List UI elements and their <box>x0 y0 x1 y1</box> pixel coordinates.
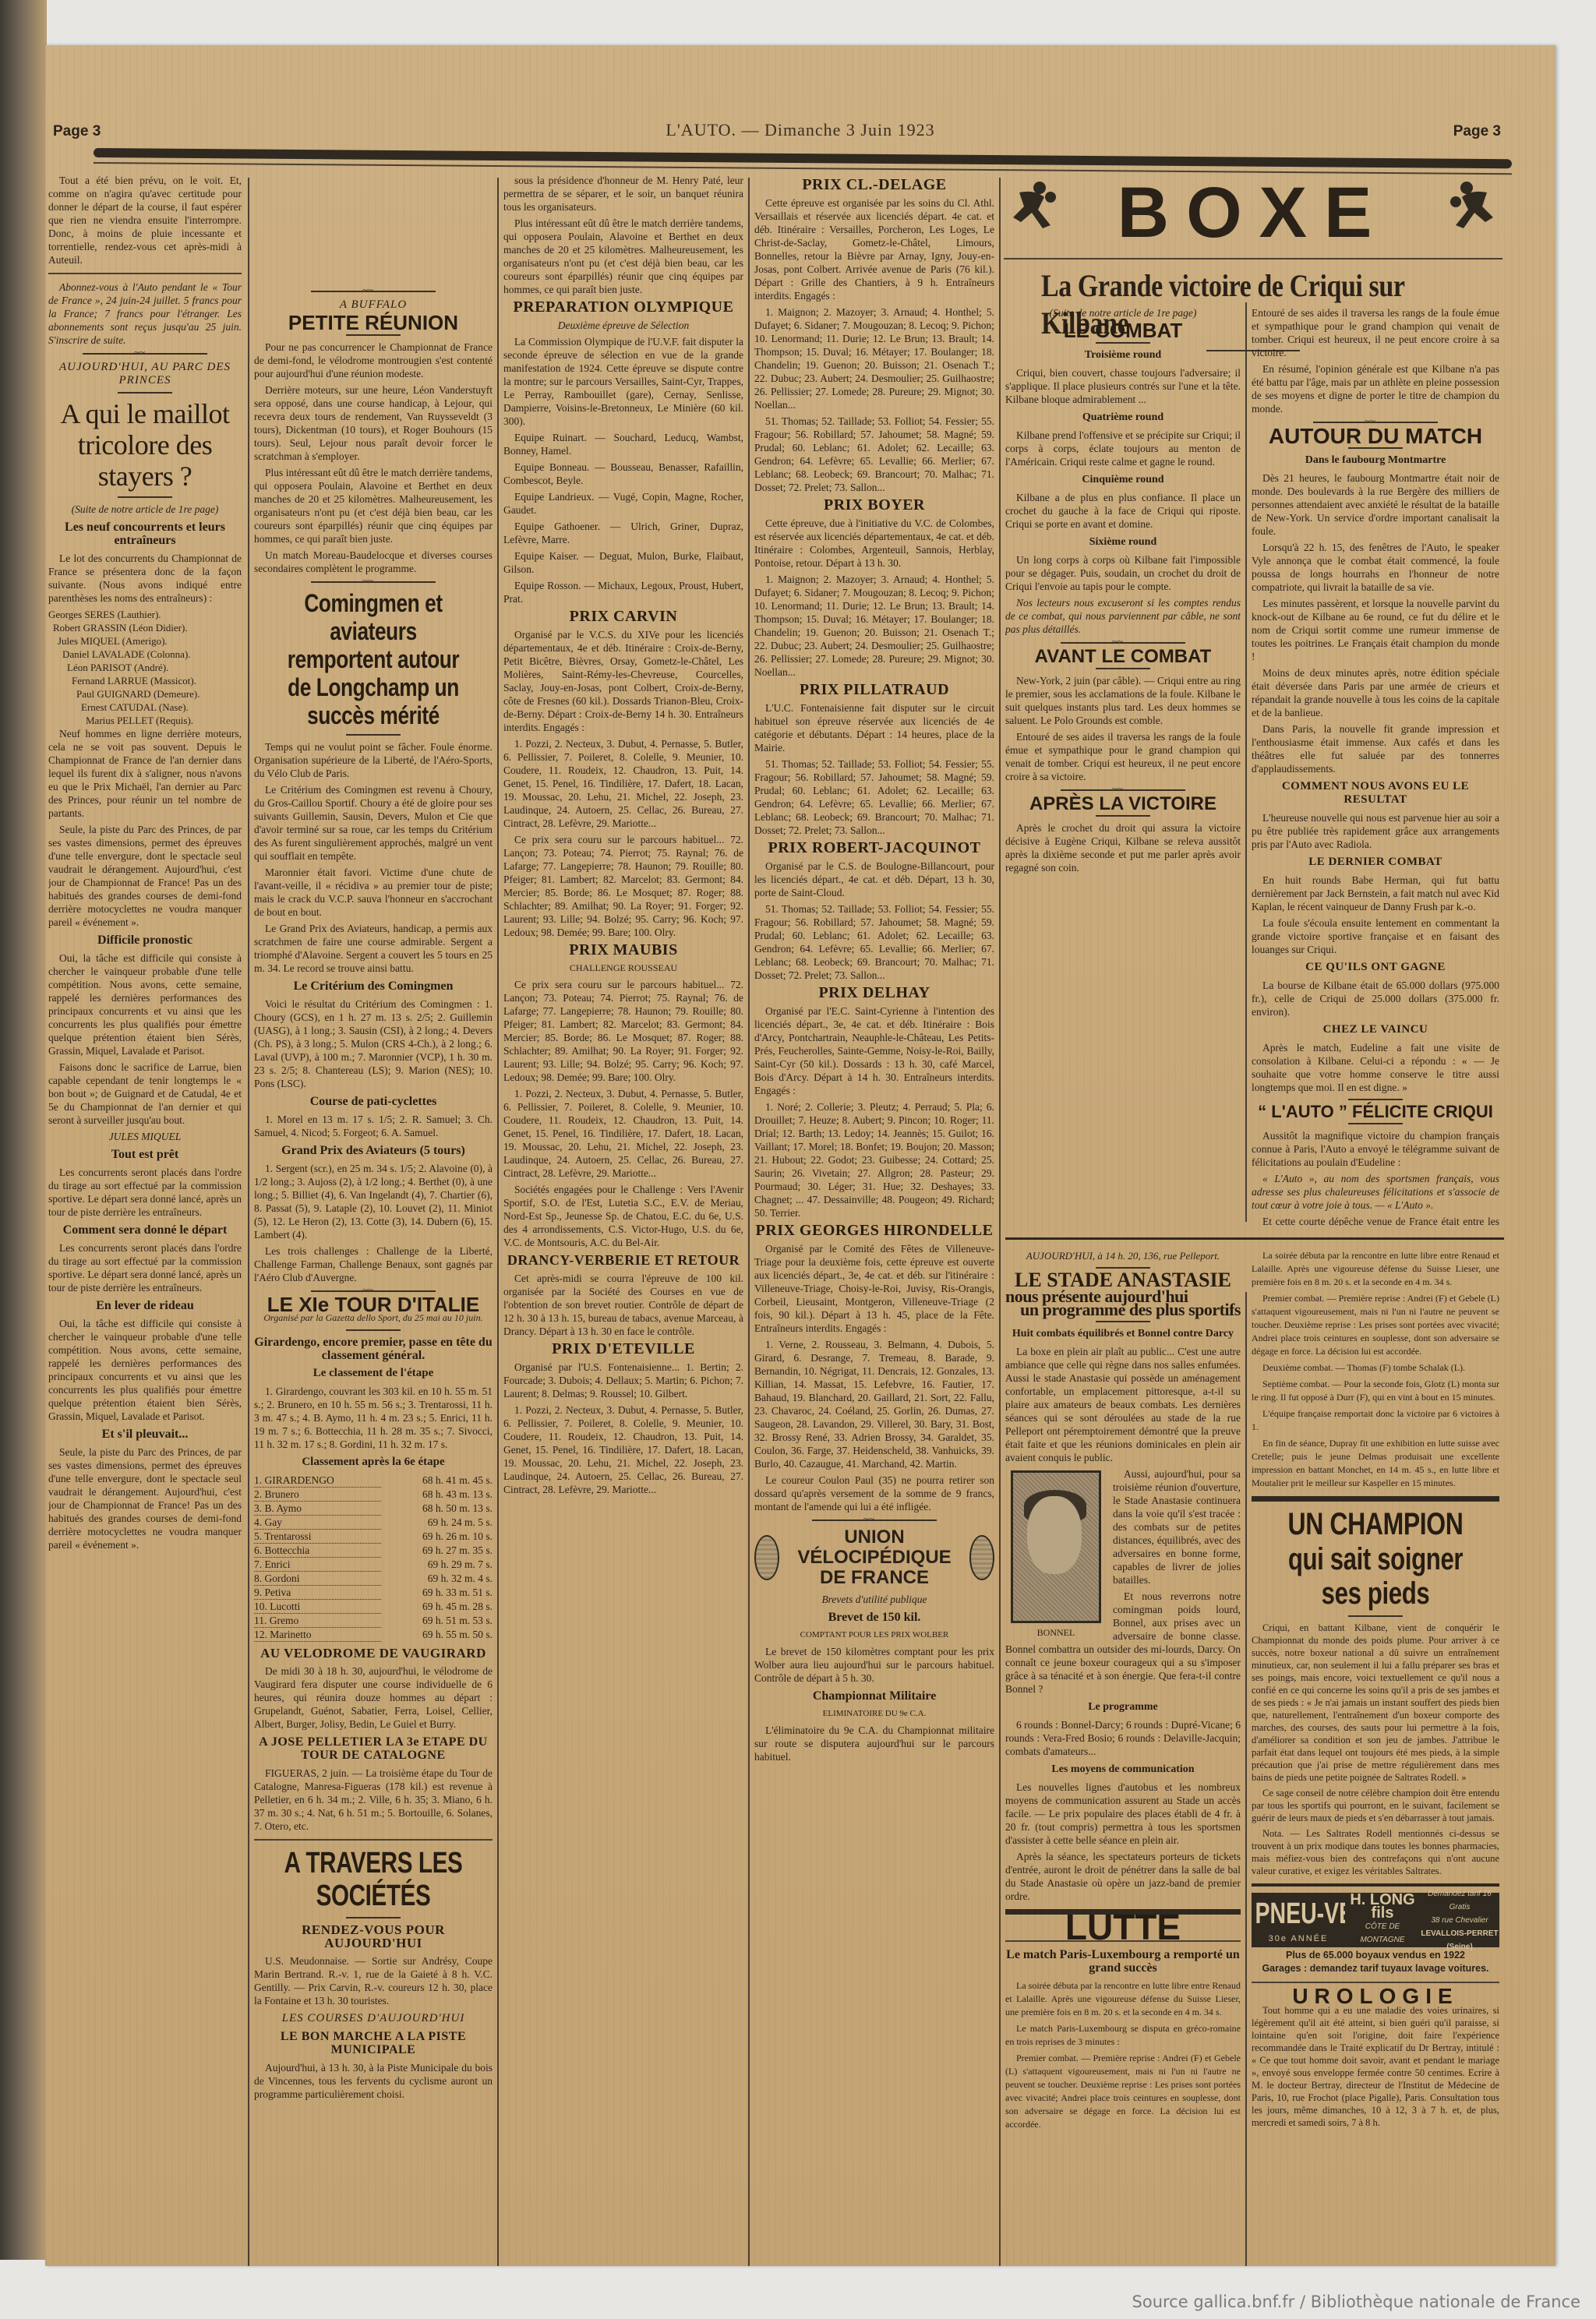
subscribe-notice: Abonnez-vous à l'Auto pendant le « Tour … <box>48 281 242 347</box>
entrants-list: 51. Thomas; 52. Taillade; 53. Folliot; 5… <box>754 902 994 982</box>
subhead: Les neuf concourrents et leurs entraîneu… <box>48 521 242 547</box>
rider-name: 8. Gordoni <box>254 1572 381 1586</box>
ornament-divider <box>311 291 436 292</box>
headline-line-3: un programme des plus sportifs <box>1005 1303 1241 1316</box>
rider-time: 68 h. 41 m. 45 s. <box>381 1474 493 1488</box>
subhead: COMMENT NOUS AVONS EU LE RESULTAT <box>1252 780 1499 807</box>
byline: JULES MIQUEL <box>48 1130 242 1143</box>
running-head: L'AUTO. — Dimanche 3 Juin 1923 <box>45 120 1555 140</box>
rider-name: 1. GIRARDENGO <box>254 1474 381 1488</box>
rider-name: 4. Gay <box>254 1516 381 1530</box>
table-row: 3. B. Aymo68 h. 50 m. 13 s. <box>254 1502 493 1516</box>
ad-headline-urologie: UROLOGIE <box>1252 1989 1499 2003</box>
ornament-divider <box>311 581 436 583</box>
results-text: 1. Girardengo, couvrant les 303 kil. en … <box>254 1385 493 1451</box>
divider <box>1252 1982 1499 1983</box>
subhead: Girardengo, encore premier, passe en têt… <box>254 1336 493 1362</box>
subhead: A JOSE PELLETIER LA 3e ETAPE DU TOUR DE … <box>254 1735 493 1762</box>
ad-brand: PNEU-VELO <box>1252 1895 1322 1932</box>
column-rule <box>748 178 750 2266</box>
table-row: 6. Bottecchia69 h. 27 m. 35 s. <box>254 1544 493 1558</box>
divider <box>1348 1099 1403 1100</box>
article-text: Lorsqu'à 22 h. 15, des fenêtres de l'Aut… <box>1252 541 1499 594</box>
ad-text: Ce sage conseil de notre célèbre champio… <box>1252 1787 1499 1824</box>
table-row: 8. Gordoni69 h. 32 m. 4 s. <box>254 1572 493 1586</box>
headline-auto-felicite-criqui: “ L'AUTO ” FÉLICITE CRIQUI <box>1252 1105 1499 1118</box>
subhead: Deuxième épreuve de Sélection <box>503 319 743 332</box>
rider-name: 9. Petiva <box>254 1586 381 1600</box>
headline-avant-le-combat: AVANT LE COMBAT <box>1005 650 1241 663</box>
entrants-list: 1. Pozzi, 2. Necteux, 3. Dubut, 4. Perna… <box>503 1087 743 1180</box>
column-rule <box>248 178 249 2266</box>
article-text: New-York, 2 juin (par câble). — Criqui e… <box>1005 674 1241 727</box>
subhead: Championnat Militaire <box>754 1689 994 1703</box>
headline-stade-anastasie: LE STADE ANASTASIE <box>1005 1273 1241 1287</box>
ad-year: 30e ANNÉE <box>1252 1932 1345 1946</box>
article-text: Temps qui ne voulut point se fâcher. Fou… <box>254 740 493 780</box>
article-text: La foule s'écoula ensuite lentement en c… <box>1252 916 1499 956</box>
cyclist-emblem-icon <box>754 1535 779 1580</box>
cyclist-emblem-icon <box>969 1535 994 1580</box>
organizer-note: Organisé par la Gazetta dello Sport, du … <box>254 1311 493 1325</box>
headline-preparation-olympique: PREPARATION OLYMPIQUE <box>503 301 743 314</box>
rider-name: 11. Gremo <box>254 1614 381 1628</box>
ad-line: Plus de 65.000 boyaux vendus en 1922 <box>1252 1949 1499 1962</box>
entrants-list: 1. Pozzi, 2. Necteux, 3. Dubut, 4. Perna… <box>503 1403 743 1496</box>
article-text: U.S. Meudonnaise. — Sortie sur Andrésy, … <box>254 1954 493 2007</box>
divider <box>1348 1123 1403 1124</box>
subhead: CHALLENGE ROUSSEAU <box>503 962 743 975</box>
page-binding-edge <box>0 0 47 2260</box>
article-text: L'heureuse nouvelle qui nous est parvenu… <box>1252 811 1499 851</box>
subhead: CHEZ LE VAINCU <box>1252 1023 1499 1036</box>
subhead: LE BON MARCHE A LA PISTE MUNICIPALE <box>254 2030 493 2056</box>
rider-entry: Paul GUIGNARD (Demeure). <box>48 687 242 701</box>
article-text: Organisé par le Comité des Fêtes de Vill… <box>754 1242 994 1335</box>
ornament-divider <box>1313 422 1438 423</box>
column-rule <box>1245 302 1247 1222</box>
entrants-list: 51. Thomas; 52. Taillade; 53. Folliot; 5… <box>754 415 994 494</box>
headline-prix-cl-delage: PRIX CL.-DELAGE <box>754 178 994 192</box>
photo-caption: BONNEL <box>1005 1626 1107 1640</box>
article-kicker: A BUFFALO <box>254 298 493 312</box>
article-text: Après le crochet du droit qui assura la … <box>1005 821 1241 874</box>
article-kicker: AUJOURD'HUI, AU PARC DES PRINCES <box>48 361 242 387</box>
subhead: COMPTANT POUR LES PRIX WOLBER <box>754 1629 994 1642</box>
article-text: Un long corps à corps où Kilbane fait l'… <box>1005 553 1241 593</box>
article-kicker: AUJOURD'HUI, à 14 h. 20, 136, rue Pellep… <box>1005 1249 1241 1262</box>
rider-time: 69 h. 32 m. 4 s. <box>381 1572 493 1586</box>
rider-time: 69 h. 51 m. 53 s. <box>381 1614 493 1628</box>
rider-name: 2. Brunero <box>254 1488 381 1502</box>
divider <box>118 496 172 498</box>
headline-prix-pillatraud: PRIX PILLATRAUD <box>754 683 994 697</box>
article-text: Moins de deux minutes après, notre éditi… <box>1252 666 1499 719</box>
rider-time: 69 h. 29 m. 7 s. <box>381 1558 493 1572</box>
subhead: Le programme <box>1005 1700 1241 1714</box>
article-text: Premier combat. — Première reprise : And… <box>1005 2052 1241 2131</box>
headline-drancy-verberie: DRANCY-VERBERIE ET RETOUR <box>503 1254 743 1267</box>
section-divider <box>1252 1496 1499 1502</box>
rider-time: 68 h. 50 m. 13 s. <box>381 1502 493 1516</box>
newspaper-page: Page 3 L'AUTO. — Dimanche 3 Juin 1923 Pa… <box>45 45 1555 2266</box>
folio-right: Page 3 <box>1453 123 1501 140</box>
column-6-lower: La soirée débuta par la rencontre en lut… <box>1252 1249 1499 2262</box>
headline-petite-reunion: PETITE RÉUNION <box>254 316 493 330</box>
article-text: Kilbane prend l'offensive et se précipit… <box>1005 429 1241 468</box>
telegram-text: « L'Auto », au nom des sportsmen françai… <box>1252 1172 1499 1212</box>
column-rule <box>1245 1292 1247 2266</box>
subhead: Tout est prêt <box>48 1148 242 1161</box>
rider-name: 3. B. Aymo <box>254 1502 381 1516</box>
rider-entry: Marius PELLET (Requis). <box>48 714 242 727</box>
rider-time: 69 h. 27 m. 35 s. <box>381 1544 493 1558</box>
divider <box>48 273 242 274</box>
section-title-boxe: BOXE <box>1004 174 1502 252</box>
rider-time: 69 h. 26 m. 10 s. <box>381 1530 493 1544</box>
table-row: 5. Trentarossi69 h. 26 m. 10 s. <box>254 1530 493 1544</box>
column-6-boxe: Entouré de ses aides il traversa les ran… <box>1252 306 1499 1226</box>
subhead: Les moyens de communication <box>1005 1763 1241 1776</box>
ad-maker: H. LONG fils <box>1345 1894 1420 1920</box>
rider-name: 5. Trentarossi <box>254 1530 381 1544</box>
article-text: En résumé, l'opinion générale est que Ki… <box>1252 362 1499 415</box>
table-row: 12. Marinetto69 h. 55 m. 50 s. <box>254 1628 493 1642</box>
subhead: AU VELODROME DE VAUGIRARD <box>254 1647 493 1660</box>
article-text: Oui, la tâche est difficile qui consiste… <box>48 951 242 1057</box>
riders-list: Georges SERES (Lauthier).Robert GRASSIN … <box>48 608 242 727</box>
team-entry: Equipe Kaiser. — Deguat, Mulon, Burke, F… <box>503 549 743 576</box>
article-text: Cette épreuve est organisée par les soin… <box>754 196 994 302</box>
rider-entry: Léon PARISOT (André). <box>48 661 242 674</box>
article-text: Plus intéressant eût dû être le match de… <box>254 466 493 545</box>
team-entry: Equipe Rosson. — Michaux, Legoux, Proust… <box>503 579 743 605</box>
round-heading: Cinquième round <box>1005 473 1241 486</box>
subhead: Brevet de 150 kil. <box>754 1611 994 1624</box>
boxer-right-icon <box>1443 178 1502 233</box>
article-text: Organisé par le C.S. de Boulogne-Billanc… <box>754 859 994 899</box>
divider <box>1096 342 1150 344</box>
subhead: Dans le faubourg Montmartre <box>1252 454 1499 467</box>
article-text: Les nouvelles lignes d'autobus et les no… <box>1005 1781 1241 1847</box>
article-text: Premier combat. — Première reprise : And… <box>1252 1292 1499 1358</box>
article-text: Pour ne pas concurrencer le Championnat … <box>254 341 493 380</box>
divider <box>1348 1615 1403 1617</box>
subhead: Course de pati-cyclettes <box>254 1095 493 1108</box>
article-text: Le coureur Coulon Paul (35) ne pourra re… <box>754 1474 994 1513</box>
rider-entry: Jules MIQUEL (Amerigo). <box>48 634 242 648</box>
ad-headline-soigner-pieds: qui sait soigner ses pieds <box>1279 1542 1472 1611</box>
subhead: En lever de rideau <box>48 1299 242 1312</box>
pneu-velo-advert: PNEU-VELO 30e ANNÉE H. LONG fils CÔTE DE… <box>1252 1893 1499 1947</box>
headline-prix-robert-jacquinot: PRIX ROBERT-JACQUINOT <box>754 842 994 855</box>
uvf-title: UNION VÉLOCIPÉDIQUE DE FRANCE <box>787 1527 962 1588</box>
article-text: Seule, la piste du Parc des Princes, de … <box>48 1445 242 1551</box>
header-rule <box>94 148 1512 168</box>
article-text: Les minutes passèrent, et lorsque la nou… <box>1252 597 1499 663</box>
article-text: Entouré de ses aides il traversa les ran… <box>1005 730 1241 783</box>
article-text: Dans Paris, la nouvelle fit grande impre… <box>1252 722 1499 775</box>
article-text: Sociétés engagées pour le Challenge : Ve… <box>503 1183 743 1249</box>
results-text: 1. Morel en 13 m. 17 s. 1/5; 2. R. Samue… <box>254 1113 493 1139</box>
article-text: Maronnier était favori. Victime d'une ch… <box>254 866 493 919</box>
round-heading: Sixième round <box>1005 535 1241 549</box>
headline-prix-maubis: PRIX MAUBIS <box>503 944 743 957</box>
headline-prix-eteville: PRIX D'ETEVILLE <box>503 1343 743 1356</box>
suite-note: (Suite de notre article de 1re page) <box>1005 306 1241 319</box>
divider <box>1096 815 1150 817</box>
suite-note: (Suite de notre article de 1re page) <box>48 503 242 516</box>
article-text: Entouré de ses aides il traversa les ran… <box>1252 306 1499 359</box>
divider <box>346 1917 401 1918</box>
article-text: La bourse de Kilbane était de 65.000 dol… <box>1252 979 1499 1018</box>
article-text: En fin de séance, Dupray fit une exhibit… <box>1252 1437 1499 1490</box>
article-text: sous la présidence d'honneur de M. Henry… <box>503 174 743 214</box>
article-text: Neuf hommes en ligne derrière moteurs, c… <box>48 727 242 820</box>
results-text: Voici le résultat du Critérium des Comin… <box>254 997 493 1090</box>
ad-text: Tout homme qui a eu une maladie des voie… <box>1252 2004 1499 2129</box>
round-heading: Troisième round <box>1005 348 1241 362</box>
article-text: Deuxième combat. — Thomas (F) tombe Scha… <box>1252 1361 1499 1375</box>
table-row: 4. Gay69 h. 24 m. 5 s. <box>254 1516 493 1530</box>
headline-comingmen-aviateurs: Comingmen et aviateurs remportent autour… <box>276 589 471 729</box>
teams-list: Equipe Ruinart. — Souchard, Leducq, Wamb… <box>503 431 743 605</box>
photo-bonnel: BONNEL <box>1005 1470 1107 1640</box>
headline-le-combat: LE COMBAT <box>1005 324 1241 337</box>
article-text: Cet après-midi se courra l'épreuve de 10… <box>503 1272 743 1338</box>
general-classification-table: 1. GIRARDENGO68 h. 41 m. 45 s.2. Brunero… <box>254 1474 493 1642</box>
table-row: 11. Gremo69 h. 51 m. 53 s. <box>254 1614 493 1628</box>
headline-autour-du-match: AUTOUR DU MATCH <box>1252 429 1499 443</box>
rider-time: 69 h. 45 m. 28 s. <box>381 1600 493 1614</box>
article-text: Plus intéressant eût dû être le match de… <box>503 217 743 296</box>
ornament-divider <box>1061 642 1185 644</box>
section-divider <box>1252 1883 1499 1887</box>
article-text: Après la séance, les spectateurs porteur… <box>1005 1850 1241 1903</box>
source-credit: Source gallica.bnf.fr / Bibliothèque nat… <box>1132 2293 1580 2311</box>
article-text: L'U.C. Fontenaisienne fait disputer sur … <box>754 701 994 754</box>
rider-name: 12. Marinetto <box>254 1628 381 1642</box>
article-text: Le brevet de 150 kilomètres comptant pou… <box>754 1645 994 1685</box>
uvf-banner: UNION VÉLOCIPÉDIQUE DE FRANCE <box>754 1527 994 1588</box>
subhead: Brevets d'utilité publique <box>754 1593 994 1606</box>
team-entry: Equipe Gathoener. — Ulrich, Griner, Dupr… <box>503 520 743 546</box>
headline-prix-georges-hirondelle: PRIX GEORGES HIRONDELLE <box>754 1224 994 1237</box>
article-text: Le Critérium des Comingmen est revenu à … <box>254 783 493 863</box>
article-text: Septième combat. — Pour la seconde fois,… <box>1252 1378 1499 1404</box>
boxer-portrait-image <box>1011 1470 1101 1623</box>
article-text: Kilbane a de plus en plus confiance. Il … <box>1005 491 1241 531</box>
subhead: Classement après la 6e étape <box>254 1456 493 1469</box>
ad-note: Nota. — Les Saltrates Rodell mentionnés … <box>1252 1827 1499 1877</box>
article-text: Cette épreuve, due à l'initiative du V.C… <box>754 517 994 570</box>
entrants-list: 1. Pozzi, 2. Necteux, 3. Dubut, 4. Perna… <box>503 737 743 830</box>
column-rule <box>497 178 499 2266</box>
article-text: Aujourd'hui, à 13 h. 30, à la Piste Muni… <box>254 2061 493 2101</box>
column-3: sous la présidence d'honneur de M. Henry… <box>503 174 743 2270</box>
team-entry: Equipe Ruinart. — Souchard, Leducq, Wamb… <box>503 431 743 457</box>
article-text: La soirée débuta par la rencontre en lut… <box>1005 1979 1241 2019</box>
article-text: Le match Paris-Luxembourg se disputa en … <box>1005 2022 1241 2049</box>
article-text: Le lot des concurrents du Championnat de… <box>48 552 242 605</box>
ad-line: Garages : demandez tarif tuyaux lavage v… <box>1252 1962 1499 1975</box>
entrants-list: 1. Maignon; 2. Mazoyer; 3. Arnaud; 4. Ho… <box>754 573 994 679</box>
article-text: Les trois challenges : Challenge de la L… <box>254 1244 493 1284</box>
divider <box>346 334 401 336</box>
headline-travers-societes: A TRAVERS LES SOCIÉTÉS <box>281 1847 467 1912</box>
column-4: PRIX CL.-DELAGE Cette épreuve est organi… <box>754 174 994 2270</box>
rider-name: 10. Lucotti <box>254 1600 381 1614</box>
divider <box>1096 1321 1150 1322</box>
ad-headline-un-champion: UN CHAMPION <box>1276 1508 1474 1541</box>
divider <box>346 734 401 736</box>
editor-note: Nos lecteurs nous excuseront si les comp… <box>1005 596 1241 636</box>
subhead: RENDEZ-VOUS POUR AUJOURD'HUI <box>254 1923 493 1950</box>
column-2: A BUFFALO PETITE RÉUNION Pour ne pas con… <box>254 174 493 2270</box>
article-text: Tout a été bien prévu, on le voit. Et, c… <box>48 174 242 266</box>
article-text: L'éliminatoire du 9e C.A. du Championnat… <box>754 1724 994 1763</box>
article-text: La boxe en plein air plaît au public... … <box>1005 1345 1241 1464</box>
headline-maillot-tricolore: A qui le maillot tricolore des stayers ? <box>48 398 242 492</box>
divider <box>118 392 172 394</box>
table-row: 1. GIRARDENGO68 h. 41 m. 45 s. <box>254 1474 493 1488</box>
rider-entry: Daniel LAVALADE (Colonna). <box>48 648 242 661</box>
rider-time: 69 h. 24 m. 5 s. <box>381 1516 493 1530</box>
ad-slogan: CÔTE DE MONTAGNE <box>1345 1920 1420 1947</box>
subhead: Le Critérium des Comingmen <box>254 979 493 993</box>
divider <box>1096 668 1150 669</box>
rider-entry: Ernest CATUDAL (Nase). <box>48 701 242 714</box>
entrants-list: Organisé par l'U.S. Fontenaisienne... 1.… <box>503 1361 743 1400</box>
table-row: 10. Lucotti69 h. 45 m. 28 s. <box>254 1600 493 1614</box>
subhead: Et s'il pleuvait... <box>48 1428 242 1441</box>
subhead: LES COURSES D'AUJOURD'HUI <box>254 2012 493 2025</box>
ornament-divider <box>83 353 207 355</box>
rider-name: 6. Bottecchia <box>254 1544 381 1558</box>
rider-entry: Robert GRASSIN (Léon Didier). <box>48 621 242 634</box>
article-text: De midi 30 à 18 h. 30, aujourd'hui, le v… <box>254 1664 493 1731</box>
column-5-lower: AUJOURD'HUI, à 14 h. 20, 136, rue Pellep… <box>1005 1249 1241 2262</box>
article-text: En huit rounds Babe Herman, qui fut batt… <box>1252 874 1499 913</box>
headline-tour-italie: LE XIe TOUR D'ITALIE <box>254 1298 493 1311</box>
article-text: 6 rounds : Bonnel-Darcy; 6 rounds : Dupr… <box>1005 1718 1241 1758</box>
ad-address: 38 rue Chevalier <box>1420 1914 1499 1927</box>
results-text: 1. Sergent (scr.), en 25 m. 34 s. 1/5; 2… <box>254 1162 493 1241</box>
ad-text: Criqui, en battant Kilbane, vient de con… <box>1252 1622 1499 1784</box>
table-row: 2. Brunero68 h. 43 m. 13 s. <box>254 1488 493 1502</box>
entrants-list: 1. Noré; 2. Collerie; 3. Pleutz; 4. Perr… <box>754 1100 994 1220</box>
entrants-list: 1. Maignon; 2. Mazoyer; 3. Arnaud; 4. Ho… <box>754 305 994 411</box>
article-text: Aussitôt la magnifique victoire du champ… <box>1252 1129 1499 1169</box>
ornament-divider <box>1061 789 1185 791</box>
boxer-left-icon <box>1004 178 1063 233</box>
section-divider <box>1005 1237 1504 1240</box>
column-1: Tout a été bien prévu, on le voit. Et, c… <box>48 174 242 2270</box>
subhead: ELIMINATOIRE DU 9e C.A. <box>754 1707 994 1721</box>
rider-time: 68 h. 43 m. 13 s. <box>381 1488 493 1502</box>
entrants-list: 1. Verne, 2. Rousseau, 3. Belmann, 4. Du… <box>754 1338 994 1470</box>
subhead: Comment sera donné le départ <box>48 1223 242 1237</box>
article-text: Faisons donc le sacrifice de Larrue, bie… <box>48 1061 242 1127</box>
article-text: Organisé par le V.C.S. du XIVe pour les … <box>503 628 743 734</box>
headline-prix-delhay: PRIX DELHAY <box>754 987 994 1000</box>
section-title-lutte: LUTTE <box>1005 1921 1241 1934</box>
entrants-list: 51. Thomas; 52. Taillade; 53. Folliot; 5… <box>754 757 994 837</box>
ad-tarif: Demandez tarif 16 Gratis <box>1420 1887 1499 1914</box>
divider <box>346 1329 401 1331</box>
round-heading: Quatrième round <box>1005 411 1241 424</box>
headline-apres-la-victoire: APRÈS LA VICTOIRE <box>1005 797 1241 810</box>
article-text: Organisé par l'E.C. Saint-Cyrienne à l'i… <box>754 1004 994 1097</box>
article-text: L'équipe française remportait donc la vi… <box>1252 1407 1499 1434</box>
article-text: Le Grand Prix des Aviateurs, handicap, a… <box>254 922 493 975</box>
article-text: Les concurrents seront placés dans l'ord… <box>48 1166 242 1219</box>
column-rule <box>999 178 1001 2266</box>
article-text: FIGUERAS, 2 juin. — La troisième étape d… <box>254 1767 493 1833</box>
subhead: Huit combats équilibrés et Bonnel contre… <box>1005 1327 1241 1340</box>
rider-time: 69 h. 33 m. 51 s. <box>381 1586 493 1600</box>
rider-entry: Georges SERES (Lauthier). <box>48 608 242 621</box>
table-row: 7. Enrici69 h. 29 m. 7 s. <box>254 1558 493 1572</box>
article-text: La soirée débuta par la rencontre en lut… <box>1252 1249 1499 1289</box>
article-text: Oui, la tâche est difficile qui consiste… <box>48 1317 242 1423</box>
subhead: CE QU'ILS ONT GAGNE <box>1252 961 1499 974</box>
team-entry: Equipe Landrieux. — Vugé, Copin, Magne, … <box>503 490 743 517</box>
article-text: Et cette courte dépêche venue de France … <box>1252 1215 1499 1226</box>
article-text: Dès 21 heures, le faubourg Montmartre ét… <box>1252 471 1499 538</box>
subhead: Le classement de l'étape <box>254 1367 493 1380</box>
article-text: Criqui, bien couvert, chasse toujours l'… <box>1005 366 1241 406</box>
table-row: 9. Petiva69 h. 33 m. 51 s. <box>254 1586 493 1600</box>
article-text: Un match Moreau-Baudelocque et diverses … <box>254 549 493 575</box>
rider-name: 7. Enrici <box>254 1558 381 1572</box>
entrants-list: Ce prix sera couru sur le parcours habit… <box>503 833 743 939</box>
subhead: Difficile pronostic <box>48 934 242 947</box>
subhead: LE DERNIER COMBAT <box>1252 856 1499 869</box>
ornament-divider <box>311 1290 436 1292</box>
article-text: Les concurrents seront placés dans l'ord… <box>48 1241 242 1294</box>
team-entry: Equipe Bonneau. — Bousseau, Benasser, Ra… <box>503 461 743 487</box>
entrants-list: Ce prix sera couru sur le parcours habit… <box>503 978 743 1084</box>
headline-prix-carvin: PRIX CARVIN <box>503 610 743 623</box>
divider <box>1004 258 1502 259</box>
headline-prix-boyer: PRIX BOYER <box>754 499 994 512</box>
divider <box>254 1839 493 1841</box>
subhead: Grand Prix des Aviateurs (5 tours) <box>254 1144 493 1157</box>
rider-entry: Fernand LARRUE (Massicot). <box>48 674 242 687</box>
article-text: Après le match, Eudeline a fait une visi… <box>1252 1041 1499 1094</box>
column-5-boxe: (Suite de notre article de 1re page) LE … <box>1005 306 1241 1226</box>
article-text: Derrière moteurs, sur une heure, Léon Va… <box>254 383 493 463</box>
ornament-divider <box>812 1520 937 1521</box>
article-text: La Commission Olympique de l'U.V.F. fait… <box>503 335 743 428</box>
rider-time: 69 h. 55 m. 50 s. <box>381 1628 493 1642</box>
headline-paris-luxembourg: Le match Paris-Luxembourg a remporté un … <box>1005 1948 1241 1975</box>
article-text: Seule, la piste du Parc des Princes, de … <box>48 823 242 929</box>
